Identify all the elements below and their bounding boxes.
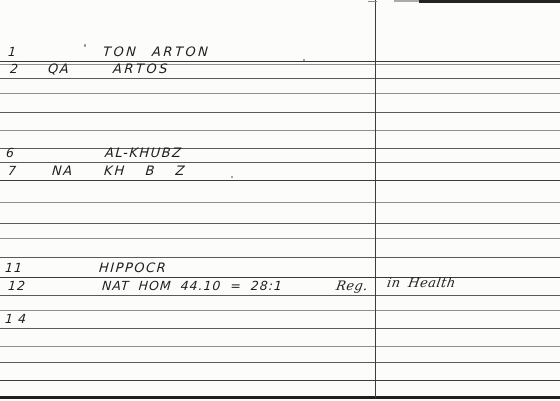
ruled-line — [0, 130, 560, 131]
ruled-line — [0, 362, 560, 363]
ruled-line — [0, 328, 560, 329]
ruled-line — [0, 223, 560, 224]
ruled-line — [0, 61, 560, 62]
ruled-line — [0, 346, 560, 347]
ruled-line — [0, 162, 560, 163]
ruled-line — [0, 238, 560, 239]
ruled-line — [0, 148, 560, 149]
row-entry-text: TON ARTON — [103, 46, 211, 59]
ruled-line-bottom-edge — [0, 396, 560, 399]
scan-edge-top-gray — [394, 0, 420, 2]
row-entry-text: HIPPOCR — [99, 262, 168, 275]
scan-speck — [231, 176, 233, 178]
row-number: 7 — [8, 165, 18, 178]
vertical-rule-top-hook — [368, 1, 377, 2]
scan-speck — [303, 59, 305, 61]
ruled-line — [0, 380, 560, 381]
row-number: 6 — [6, 147, 16, 160]
ruled-line — [0, 202, 560, 203]
row-entry-text: ARTOS — [113, 63, 171, 76]
row-number: 14 — [5, 313, 32, 326]
row-entry-text: AL-KHUBZ — [105, 147, 183, 160]
row-number: 1 — [8, 46, 18, 59]
ruled-line — [0, 64, 560, 65]
scan-edge-top-dark — [419, 0, 560, 3]
row-entry-text: NAT HOM 44.10 = 28:1 — [102, 280, 284, 293]
ruled-line — [0, 93, 560, 94]
ruled-line — [0, 180, 560, 181]
vertical-rule — [375, 0, 376, 398]
ruled-line — [0, 78, 560, 79]
row-entry-abbrev: NA — [52, 165, 75, 178]
row-annotation-left: Reg. — [335, 280, 369, 293]
row-annotation-right: in Health — [386, 277, 457, 290]
ruled-line — [0, 257, 560, 258]
row-entry-abbrev: QA — [48, 63, 71, 76]
scan-speck — [84, 44, 86, 47]
row-number: 11 — [5, 262, 24, 275]
ruled-line — [0, 310, 560, 311]
ruled-line — [0, 112, 560, 113]
scanned-notebook-page: 1 TON ARTON 2 QA ARTOS 6 AL-KHUBZ 7 NA K… — [0, 0, 560, 401]
row-number: 12 — [8, 280, 27, 293]
row-entry-text: KH B Z — [104, 165, 187, 178]
ruled-line — [0, 295, 560, 296]
row-number: 2 — [10, 63, 20, 76]
